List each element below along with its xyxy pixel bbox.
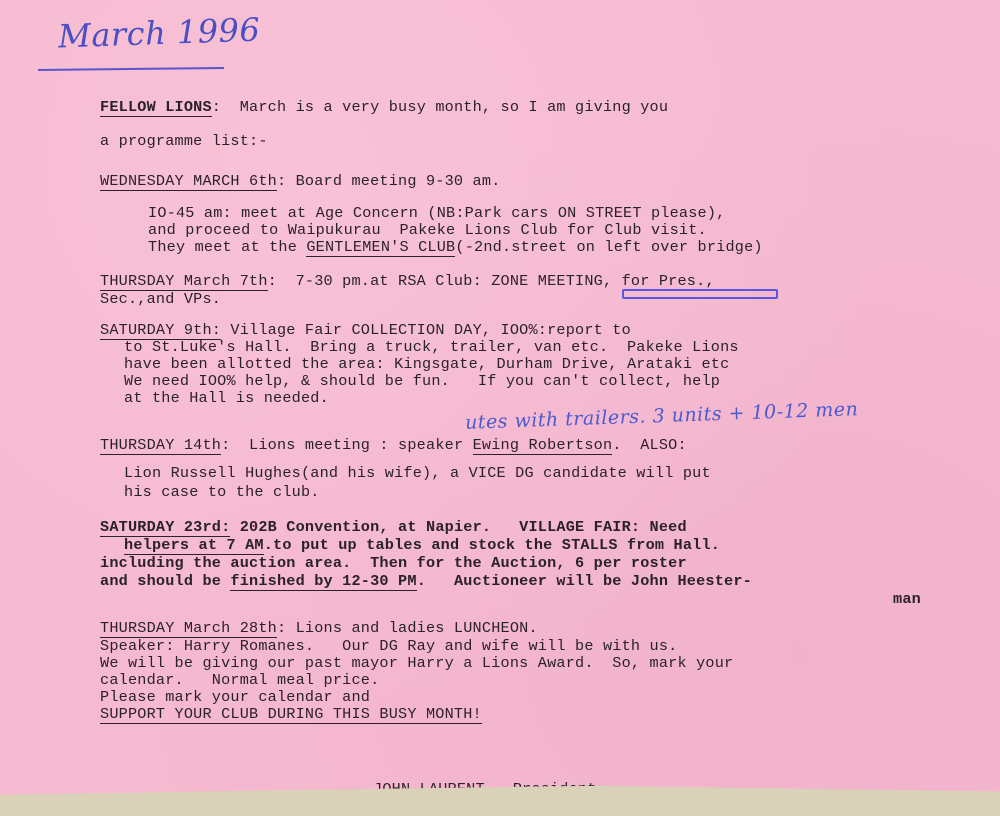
wed-text: : Board meeting 9-30 am.	[277, 172, 501, 190]
helpers-time: helpers at 7 AM	[124, 536, 264, 555]
signature: JOHN LAURENT, President	[373, 781, 597, 797]
thu28-line-3: We will be giving our past mayor Harry a…	[100, 655, 733, 671]
sat23-line-1: SATURDAY 23rd: 202B Convention, at Napie…	[100, 519, 687, 535]
thu7-text-2: , for Pres.,	[603, 272, 715, 290]
thu14-heading: THURSDAY 14th	[100, 436, 221, 455]
thu28-text: : Lions and ladies LUNCHEON.	[277, 619, 538, 637]
thu7-text: : 7-30 pm.at RSA Club:	[268, 272, 492, 290]
sat23-line-3: including the auction area. Then for the…	[100, 555, 687, 571]
thu28-heading: THURSDAY March 28th	[100, 619, 277, 638]
sat23-line-2: helpers at 7 AM.to put up tables and sto…	[124, 537, 720, 553]
wed-line-4: They meet at the GENTLEMEN'S CLUB(-2nd.s…	[148, 239, 763, 255]
thu28-line-4: calendar. Normal meal price.	[100, 672, 379, 688]
sat9-line-2: to St.Luke's Hall. Bring a truck, traile…	[124, 339, 739, 355]
wed-line-4-directions: (-2nd.street on left over bridge)	[455, 238, 762, 256]
sat9-line-4: We need IOO% help, & should be fun. If y…	[124, 373, 720, 389]
thu28-line-1: THURSDAY March 28th: Lions and ladies LU…	[100, 620, 538, 636]
sat23-line-2-text: .to put up tables and stock the STALLS f…	[264, 536, 720, 554]
handwritten-note: utes with trailers. 3 units + 10-12 men	[465, 398, 859, 434]
zone-meeting: ZONE MEETING	[491, 272, 603, 290]
sat23-auctioneer: . Auctioneer will be John Heester-	[417, 572, 752, 590]
intro-heading: FELLOW LIONS	[100, 98, 212, 117]
speaker-name: Ewing Robertson	[473, 436, 613, 455]
support-club-callout: SUPPORT YOUR CLUB DURING THIS BUSY MONTH…	[100, 705, 482, 724]
wed-line-1: WEDNESDAY MARCH 6th: Board meeting 9-30 …	[100, 173, 501, 189]
gentlemens-club: GENTLEMEN'S CLUB	[306, 238, 455, 257]
handwritten-date: March 1996	[57, 10, 260, 55]
thu14-line-3: his case to the club.	[124, 484, 320, 500]
sat23-text: 202B Convention, at Napier. VILLAGE FAIR…	[230, 518, 686, 536]
thu14-line-1: THURSDAY 14th: Lions meeting : speaker E…	[100, 437, 687, 453]
sat9-line-3: have been allotted the area: Kingsgate, …	[124, 356, 729, 372]
sat9-line-5: at the Hall is needed.	[124, 390, 329, 406]
wed-line-3: and proceed to Waipukurau Pakeke Lions C…	[148, 222, 707, 238]
intro-text: : March is a very busy month, so I am gi…	[212, 98, 668, 116]
thu7-heading: THURSDAY March 7th	[100, 272, 268, 291]
sat23-heading: SATURDAY 23rd:	[100, 518, 230, 537]
thu7-line-2: Sec.,and VPs.	[100, 291, 221, 307]
thu28-line-6: SUPPORT YOUR CLUB DURING THIS BUSY MONTH…	[100, 706, 482, 722]
document-page: March 1996 FELLOW LIONS: March is a very…	[0, 0, 1000, 816]
sat23-line-4-text: and should be	[100, 572, 230, 590]
handwritten-box-mark	[622, 289, 778, 299]
wed-heading: WEDNESDAY MARCH 6th	[100, 172, 277, 191]
wed-line-4-text: They meet at the	[148, 238, 306, 256]
sat9-text: Village Fair COLLECTION DAY, IOO%:report…	[221, 321, 631, 339]
wed-line-2: IO-45 am: meet at Age Concern (NB:Park c…	[148, 205, 725, 221]
finish-time: finished by 12-30 PM	[230, 572, 416, 591]
sat23-line-5: man	[893, 591, 921, 607]
intro-line-2: a programme list:-	[100, 133, 268, 149]
thu14-text: : Lions meeting : speaker	[221, 436, 472, 454]
thu28-line-2: Speaker: Harry Romanes. Our DG Ray and w…	[100, 638, 677, 654]
thu14-also: . ALSO:	[612, 436, 687, 454]
handwritten-underline	[38, 67, 224, 71]
intro-line-1: FELLOW LIONS: March is a very busy month…	[100, 99, 668, 115]
thu14-line-2: Lion Russell Hughes(and his wife), a VIC…	[124, 465, 711, 481]
sat9-line-1: SATURDAY 9th: Village Fair COLLECTION DA…	[100, 322, 631, 338]
thu28-line-5: Please mark your calendar and	[100, 689, 370, 705]
sat23-line-4: and should be finished by 12-30 PM. Auct…	[100, 573, 752, 589]
thu7-line-1: THURSDAY March 7th: 7-30 pm.at RSA Club:…	[100, 273, 715, 289]
